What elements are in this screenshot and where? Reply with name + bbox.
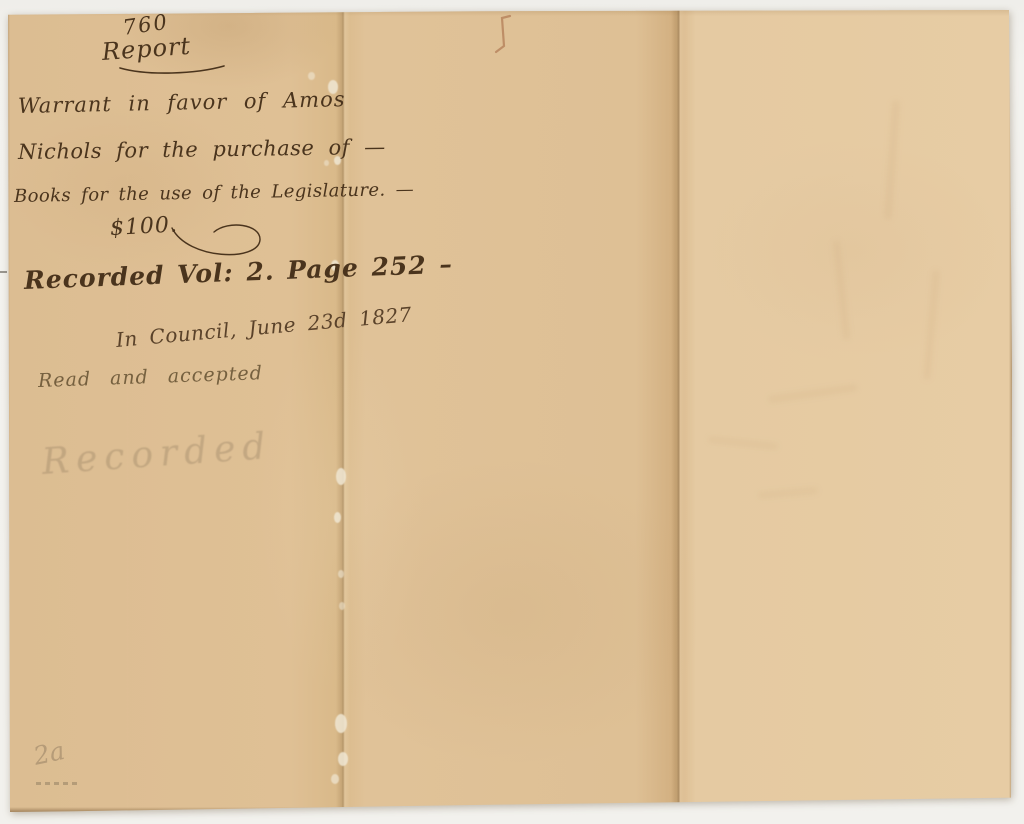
wear-spot xyxy=(339,602,345,610)
action-note: Read and accepted xyxy=(38,362,264,392)
wear-spot xyxy=(308,72,315,80)
wear-spot xyxy=(335,714,347,733)
pencil-recorded-note: Recorded xyxy=(41,426,274,483)
title-flourish xyxy=(118,62,228,78)
docket-title: Report xyxy=(101,32,192,66)
wear-spot xyxy=(331,774,339,784)
paper-shadow-wrap: 760 Report Warrant in favor of Amos Nich… xyxy=(0,0,1024,824)
wear-spot xyxy=(334,512,341,523)
document-paper: 760 Report Warrant in favor of Amos Nich… xyxy=(8,10,1012,812)
wear-spot xyxy=(324,160,329,166)
corner-mark: 2a xyxy=(31,736,67,771)
paper-edge-left xyxy=(8,10,10,812)
wear-spot xyxy=(336,468,346,485)
amount: $100. xyxy=(109,212,178,241)
council-dateline: In Council, June 23d 1827 xyxy=(115,302,413,352)
corner-mark-dashes xyxy=(36,782,80,785)
body-line-1: Warrant in favor of Amos xyxy=(18,87,346,118)
paper-edge-right xyxy=(1009,10,1012,812)
wear-spot xyxy=(338,570,344,578)
fold-crease-left xyxy=(336,10,350,812)
right-panel-tint xyxy=(680,10,1012,812)
body-line-3: Books for the use of the Legislature. — xyxy=(14,179,414,207)
wear-spot xyxy=(338,752,348,766)
scan-background: 760 Report Warrant in favor of Amos Nich… xyxy=(0,0,1024,824)
ink-check-mark xyxy=(492,12,522,56)
paper-edge-bottom xyxy=(8,807,1012,812)
body-line-2: Nichols for the purchase of — xyxy=(18,135,386,164)
